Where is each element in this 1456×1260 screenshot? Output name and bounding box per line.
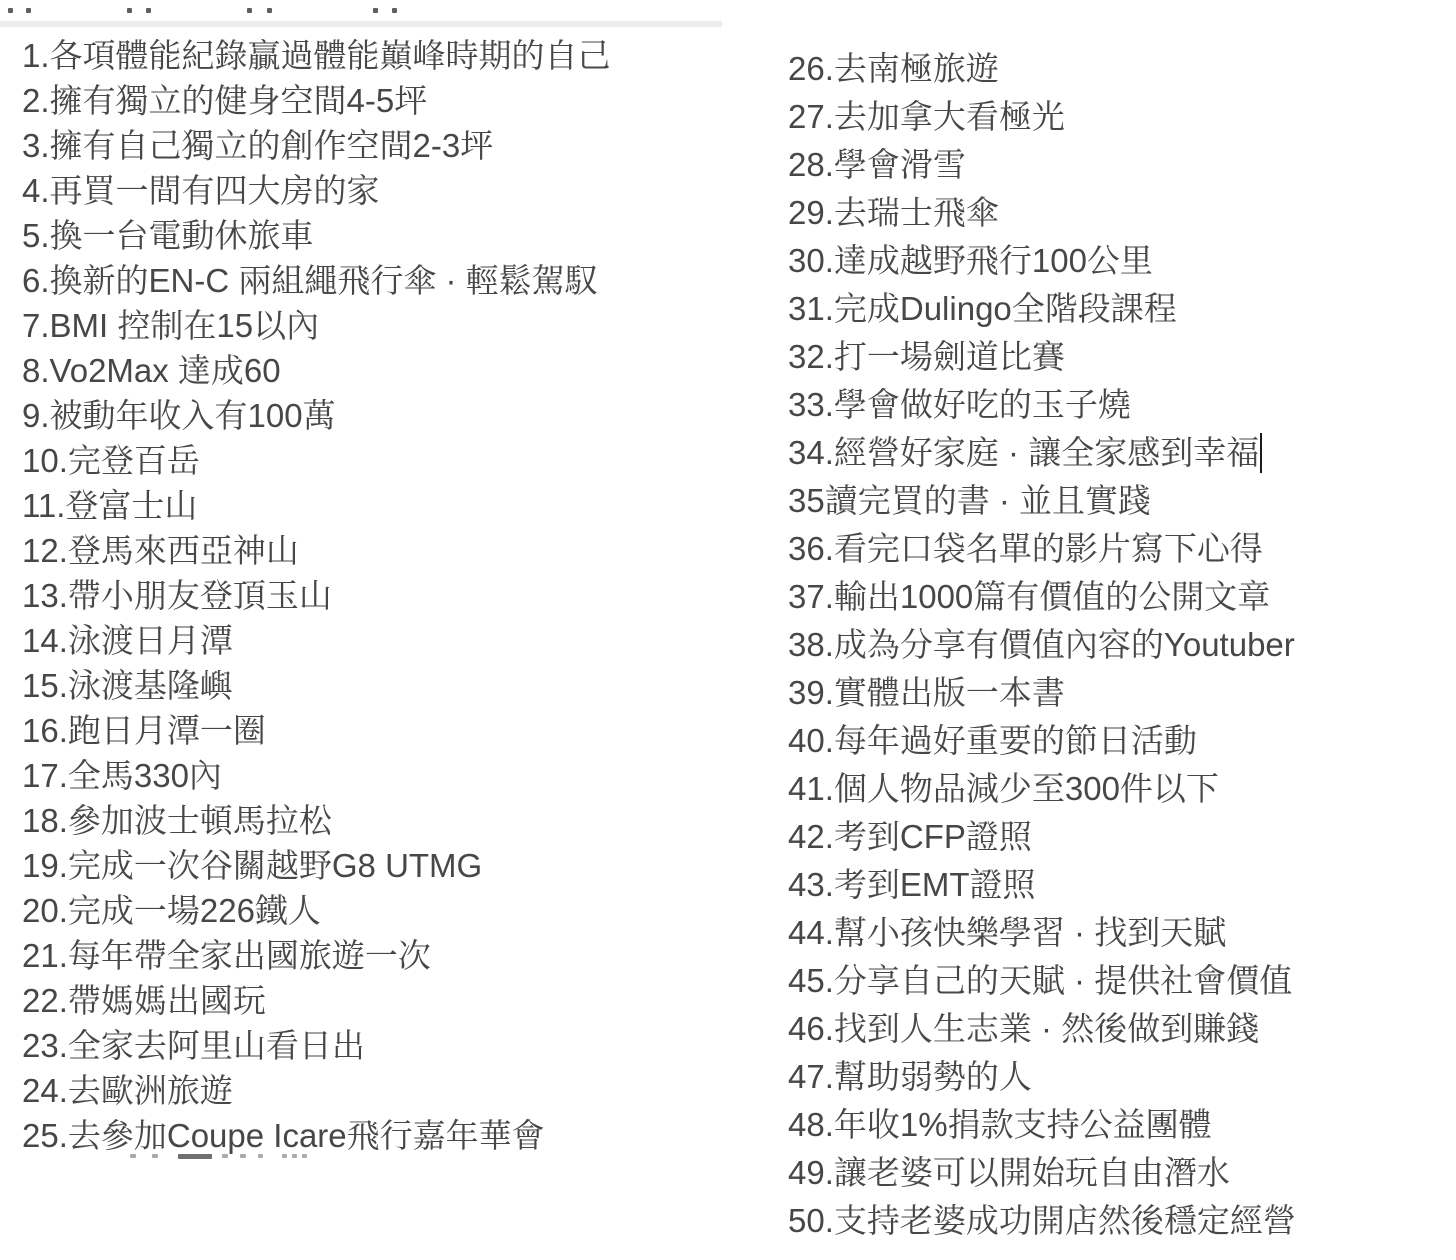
list-item[interactable]: 19.完成一次谷關越野G8 UTMG	[22, 843, 742, 888]
list-item[interactable]: 30.達成越野飛行100公里	[788, 237, 1448, 285]
clipped-glyph-fragment	[130, 1154, 136, 1158]
clipped-glyph-fragment	[222, 1154, 228, 1158]
list-item[interactable]: 24.去歐洲旅遊	[22, 1068, 742, 1113]
list-item[interactable]: 43.考到EMT證照	[788, 861, 1448, 909]
list-item[interactable]: 41.個人物品減少至300件以下	[788, 765, 1448, 813]
list-item[interactable]: 27.去加拿大看極光	[788, 93, 1448, 141]
clipped-line-bottom	[130, 1152, 430, 1162]
list-item[interactable]: 16.跑日月潭一圈	[22, 708, 742, 753]
list-item[interactable]: 10.完登百岳	[22, 438, 742, 483]
list-item[interactable]: 8.Vo2Max 達成60	[22, 348, 742, 393]
clipped-glyph-dot	[247, 8, 252, 13]
list-item[interactable]: 5.換一台電動休旅車	[22, 213, 742, 258]
list-item[interactable]: 42.考到CFP證照	[788, 813, 1448, 861]
goal-list-column-2: 26.去南極旅遊27.去加拿大看極光28.學會滑雪29.去瑞士飛傘30.達成越野…	[788, 45, 1448, 1245]
list-item[interactable]: 14.泳渡日月潭	[22, 618, 742, 663]
list-item[interactable]: 4.再買一間有四大房的家	[22, 168, 742, 213]
list-item[interactable]: 49.讓老婆可以開始玩自由潛水	[788, 1149, 1448, 1197]
list-item[interactable]: 28.學會滑雪	[788, 141, 1448, 189]
list-item[interactable]: 2.擁有獨立的健身空間4-5坪	[22, 78, 742, 123]
list-item[interactable]: 12.登馬來西亞神山	[22, 528, 742, 573]
text-cursor	[1260, 433, 1262, 473]
list-item[interactable]: 50.支持老婆成功開店然後穩定經營	[788, 1197, 1448, 1245]
top-divider-band	[0, 21, 722, 27]
clipped-glyph-fragment	[240, 1154, 246, 1158]
list-item[interactable]: 33.學會做好吃的玉子燒	[788, 381, 1448, 429]
clipped-glyph-fragment	[292, 1154, 297, 1158]
list-item[interactable]: 22.帶媽媽出國玩	[22, 978, 742, 1023]
goal-list-column-1: 1.各項體能紀錄贏過體能巔峰時期的自己2.擁有獨立的健身空間4-5坪3.擁有自己…	[22, 33, 742, 1158]
list-item[interactable]: 39.實體出版一本書	[788, 669, 1448, 717]
list-item[interactable]: 48.年收1%捐款支持公益團體	[788, 1101, 1448, 1149]
list-item[interactable]: 20.完成一場226鐵人	[22, 888, 742, 933]
clipped-glyph-fragment	[178, 1154, 212, 1159]
list-item[interactable]: 44.幫小孩快樂學習 · 找到天賦	[788, 909, 1448, 957]
list-item[interactable]: 36.看完口袋名單的影片寫下心得	[788, 525, 1448, 573]
list-item[interactable]: 35讀完買的書 · 並且實踐	[788, 477, 1448, 525]
list-item[interactable]: 38.成為分享有價值內容的Youtuber	[788, 621, 1448, 669]
list-item[interactable]: 13.帶小朋友登頂玉山	[22, 573, 742, 618]
list-item[interactable]: 29.去瑞士飛傘	[788, 189, 1448, 237]
document-page: 1.各項體能紀錄贏過體能巔峰時期的自己2.擁有獨立的健身空間4-5坪3.擁有自己…	[0, 0, 1456, 1260]
list-item[interactable]: 21.每年帶全家出國旅遊一次	[22, 933, 742, 978]
list-item[interactable]: 9.被動年收入有100萬	[22, 393, 742, 438]
list-item[interactable]: 26.去南極旅遊	[788, 45, 1448, 93]
list-item[interactable]: 37.輸出1000篇有價值的公開文章	[788, 573, 1448, 621]
list-item[interactable]: 18.參加波士頓馬拉松	[22, 798, 742, 843]
clipped-glyph-fragment	[258, 1154, 263, 1158]
clipped-glyph-dot	[392, 8, 397, 13]
clipped-glyph-dot	[26, 8, 31, 13]
list-item[interactable]: 47.幫助弱勢的人	[788, 1053, 1448, 1101]
list-item[interactable]: 46.找到人生志業 · 然後做到賺錢	[788, 1005, 1448, 1053]
list-item[interactable]: 17.全馬330內	[22, 753, 742, 798]
list-item[interactable]: 1.各項體能紀錄贏過體能巔峰時期的自己	[22, 33, 742, 78]
clipped-glyph-dot	[373, 8, 378, 13]
list-item[interactable]: 7.BMI 控制在15以內	[22, 303, 742, 348]
clipped-glyph-dot	[267, 8, 272, 13]
list-item[interactable]: 23.全家去阿里山看日出	[22, 1023, 742, 1068]
list-item[interactable]: 40.每年過好重要的節日活動	[788, 717, 1448, 765]
clipped-glyph-dot	[127, 8, 132, 13]
list-item[interactable]: 45.分享自己的天賦 · 提供社會價值	[788, 957, 1448, 1005]
clipped-glyph-dot	[8, 8, 13, 13]
list-item[interactable]: 31.完成Dulingo全階段課程	[788, 285, 1448, 333]
clipped-glyph-fragment	[152, 1154, 158, 1158]
clipped-glyph-fragment	[282, 1154, 287, 1158]
list-item[interactable]: 15.泳渡基隆嶼	[22, 663, 742, 708]
list-item[interactable]: 34.經營好家庭 · 讓全家感到幸福	[788, 429, 1448, 477]
list-item[interactable]: 32.打一場劍道比賽	[788, 333, 1448, 381]
clipped-glyph-dot	[146, 8, 151, 13]
list-item[interactable]: 3.擁有自己獨立的創作空間2-3坪	[22, 123, 742, 168]
clipped-glyph-fragment	[302, 1154, 307, 1158]
list-item[interactable]: 11.登富士山	[22, 483, 742, 528]
clipped-line-top	[0, 7, 740, 17]
list-item[interactable]: 6.換新的EN-C 兩組繩飛行傘 · 輕鬆駕馭	[22, 258, 742, 303]
